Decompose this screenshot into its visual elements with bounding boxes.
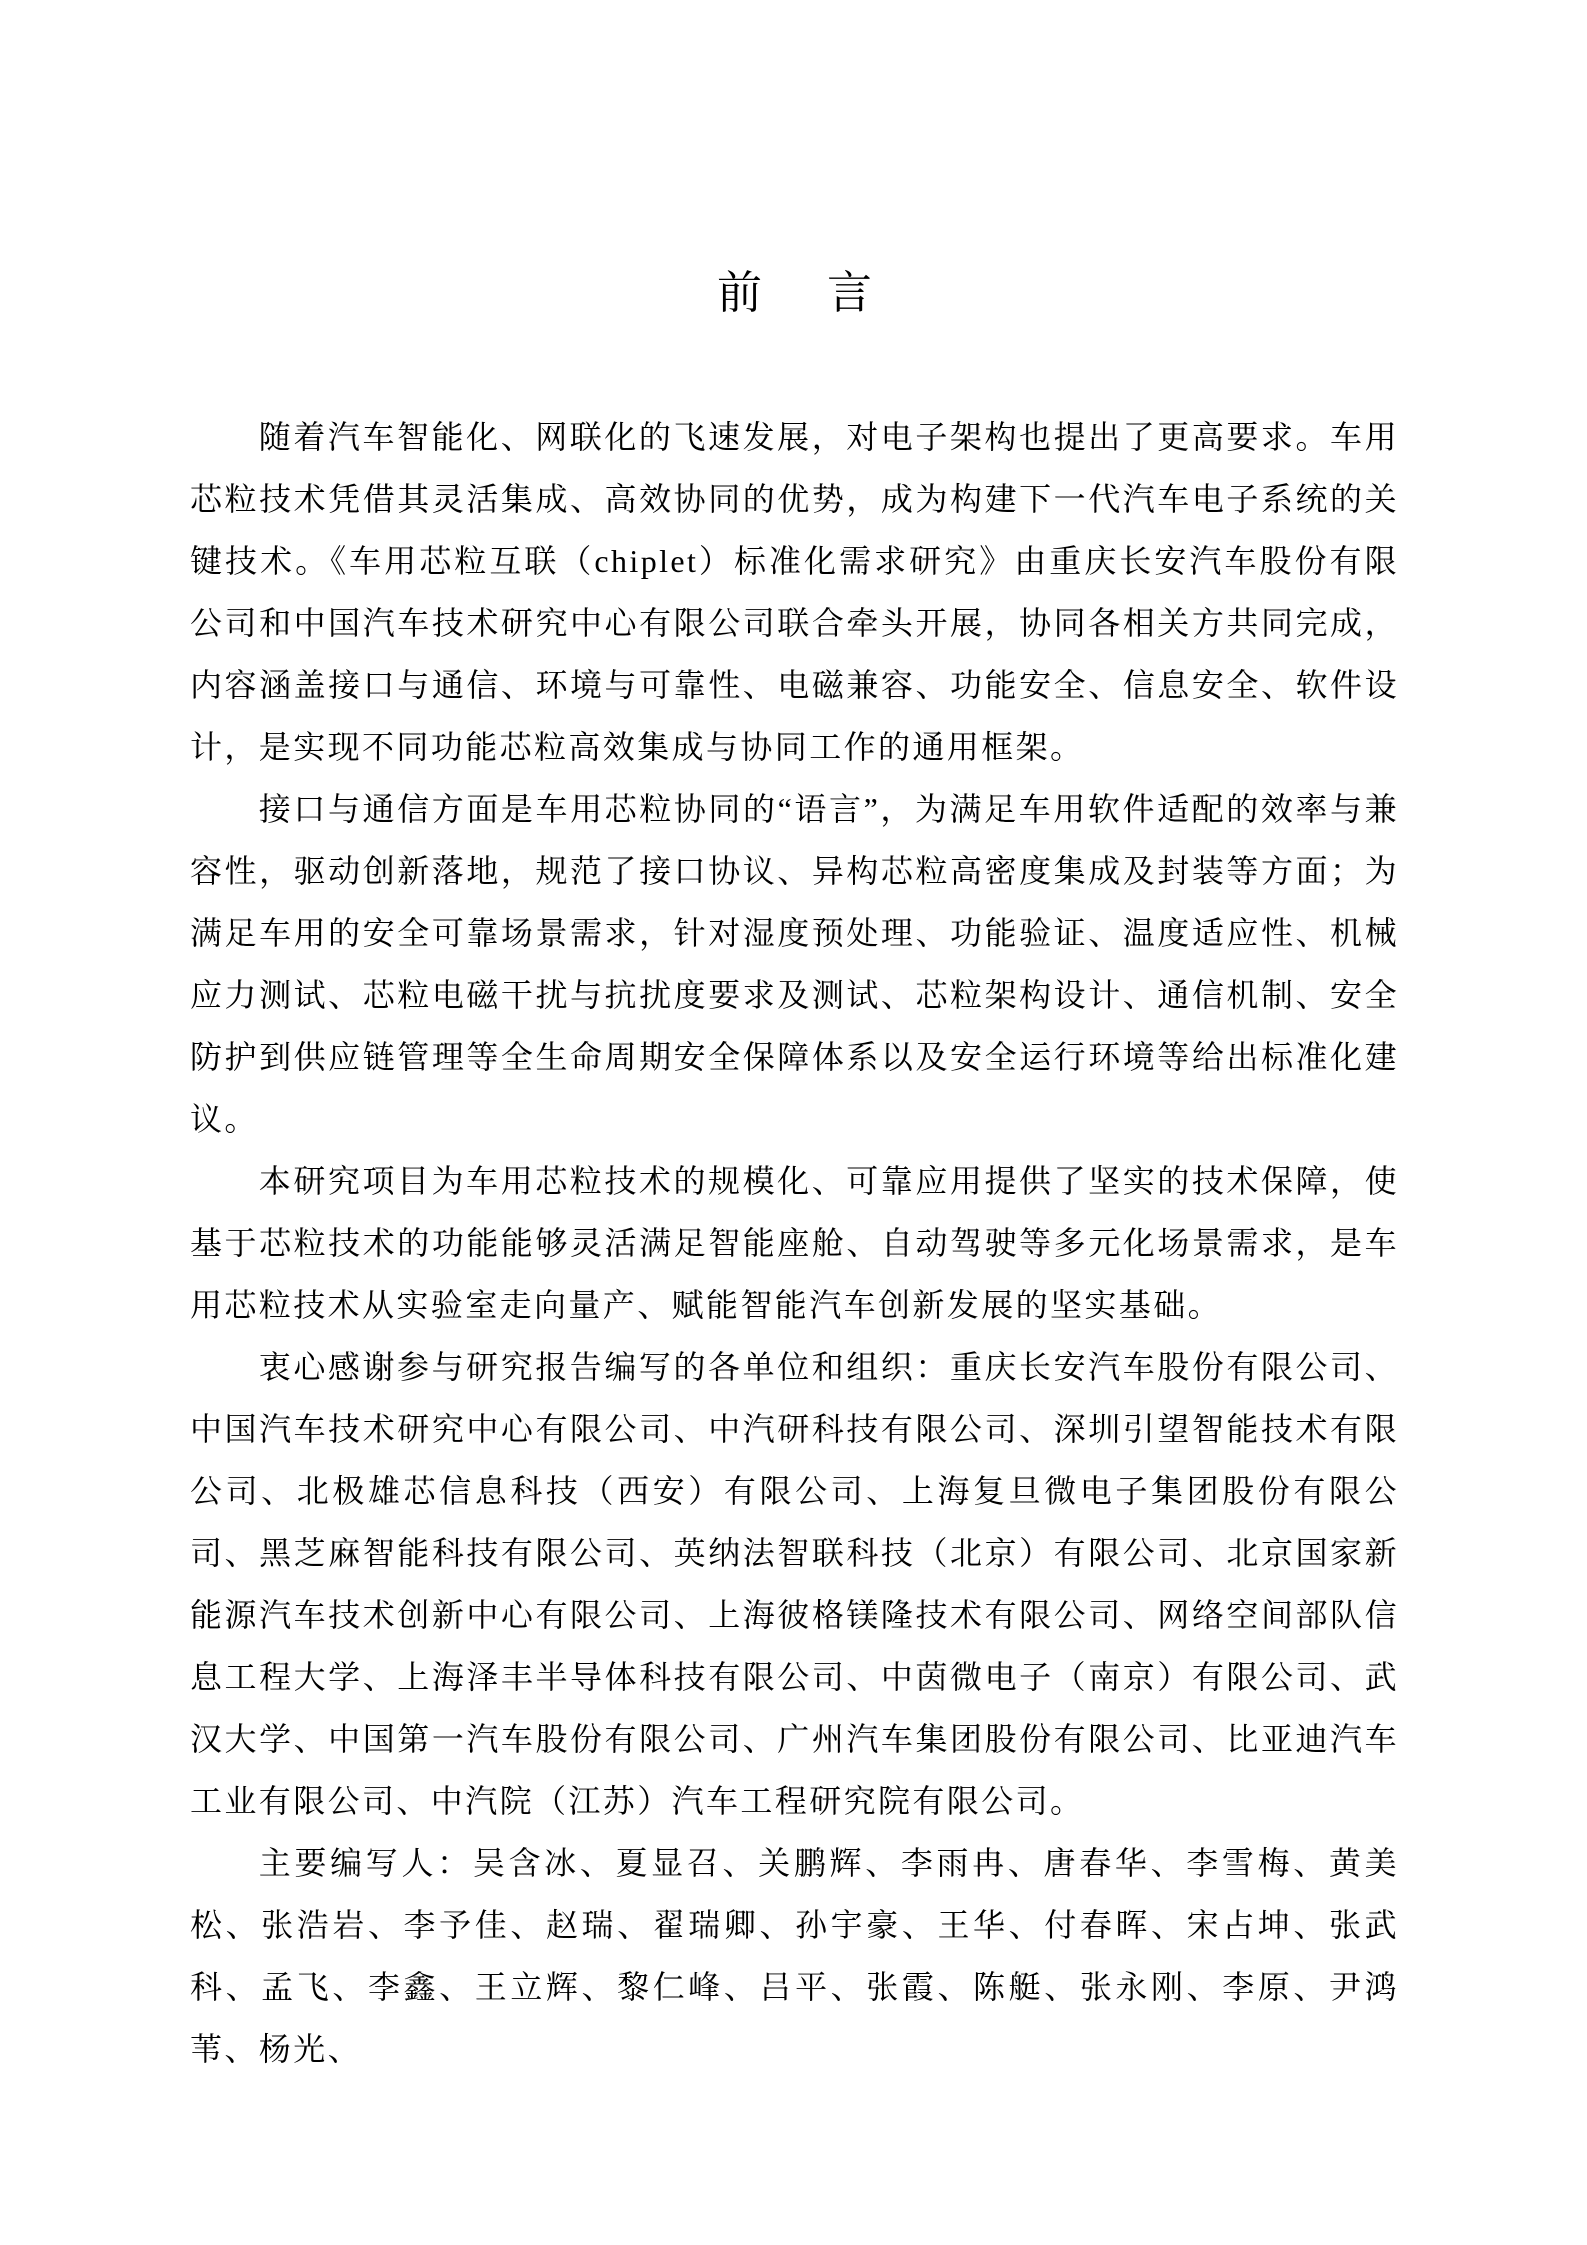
document-content: 前 言 随着汽车智能化、网联化的飞速发展，对电子架构也提出了更高要求。车用芯粒技… <box>190 268 1399 2080</box>
paragraph-intro: 随着汽车智能化、网联化的飞速发展，对电子架构也提出了更高要求。车用芯粒技术凭借其… <box>190 406 1399 778</box>
document-body: 随着汽车智能化、网联化的飞速发展，对电子架构也提出了更高要求。车用芯粒技术凭借其… <box>190 406 1399 2080</box>
paragraph-authors: 主要编写人：吴含冰、夏显召、关鹏辉、李雨冉、唐春华、李雪梅、黄美松、张浩岩、李予… <box>190 1832 1399 2080</box>
paragraph-interface-communication: 接口与通信方面是车用芯粒协同的“语言”，为满足车用软件适配的效率与兼容性，驱动创… <box>190 778 1399 1150</box>
paragraph-acknowledgements: 衷心感谢参与研究报告编写的各单位和组织：重庆长安汽车股份有限公司、中国汽车技术研… <box>190 1336 1399 1832</box>
page-title: 前 言 <box>190 268 1399 320</box>
document-page: 前 言 随着汽车智能化、网联化的飞速发展，对电子架构也提出了更高要求。车用芯粒技… <box>0 0 1587 2245</box>
paragraph-project-value: 本研究项目为车用芯粒技术的规模化、可靠应用提供了坚实的技术保障，使基于芯粒技术的… <box>190 1150 1399 1336</box>
